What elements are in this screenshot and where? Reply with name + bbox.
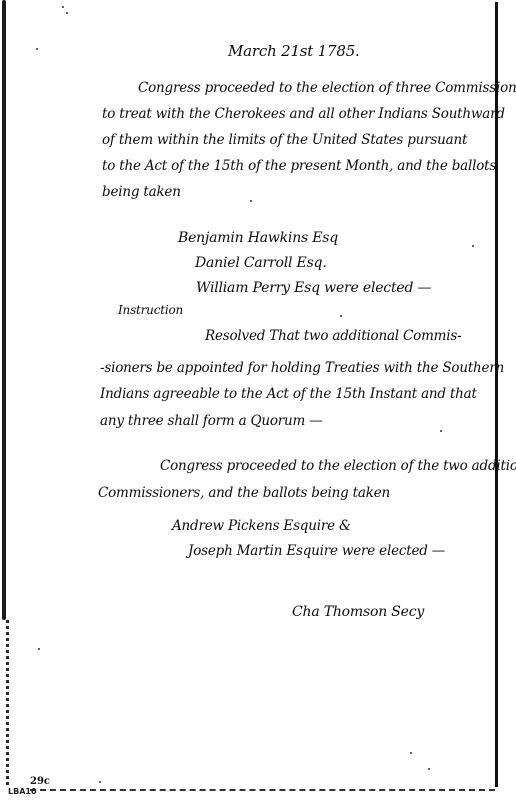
paragraph-1-line-1: Congress proceeded to the election of th…	[138, 80, 516, 96]
scan-speck	[410, 752, 412, 754]
scan-speck	[99, 781, 101, 783]
scan-speck	[250, 200, 252, 202]
paragraph-2-line-2: Commissioners, and the ballots being tak…	[98, 485, 390, 501]
paragraph-1-line-4: to the Act of the 15th of the present Mo…	[102, 158, 496, 174]
elected-2-name-2: Joseph Martin Esquire were elected —	[188, 543, 445, 559]
scan-speck	[340, 315, 342, 317]
scan-speck	[38, 648, 40, 650]
left-page-edge	[2, 0, 6, 620]
elected-name-3: William Perry Esq were elected —	[196, 280, 431, 296]
scan-speck	[62, 6, 64, 8]
scan-speck	[440, 430, 442, 432]
resolution-line-3: Indians agreeable to the Act of the 15th…	[100, 386, 477, 402]
paragraph-2-line-1: Congress proceeded to the election of th…	[160, 458, 516, 474]
bottom-page-edge	[30, 789, 495, 791]
page-number: 29c	[30, 776, 50, 787]
scan-speck	[428, 768, 430, 770]
scan-speck	[66, 12, 68, 14]
scan-speck	[472, 245, 474, 247]
margin-note: Instruction	[118, 303, 183, 317]
catalog-label: LBA10	[8, 787, 37, 796]
paragraph-1-line-2: to treat with the Cherokees and all othe…	[102, 106, 505, 122]
elected-name-2: Daniel Carroll Esq.	[195, 255, 327, 271]
elected-2-name-1: Andrew Pickens Esquire &	[172, 518, 351, 534]
elected-name-1: Benjamin Hawkins Esq	[178, 230, 338, 246]
left-page-edge-lower	[6, 620, 9, 785]
date-line: March 21st 1785.	[228, 42, 360, 60]
scan-speck	[36, 48, 38, 50]
paragraph-1-line-3: of them within the limits of the United …	[102, 132, 467, 148]
resolution-line-2: -sioners be appointed for holding Treati…	[100, 360, 504, 376]
resolution-line-4: any three shall form a Quorum —	[100, 413, 323, 429]
paragraph-1-line-5: being taken	[102, 184, 181, 200]
manuscript-page: March 21st 1785. Congress proceeded to t…	[0, 0, 516, 800]
resolution-line-1: Resolved That two additional Commis-	[205, 328, 461, 344]
signature: Cha Thomson Secy	[292, 604, 424, 620]
